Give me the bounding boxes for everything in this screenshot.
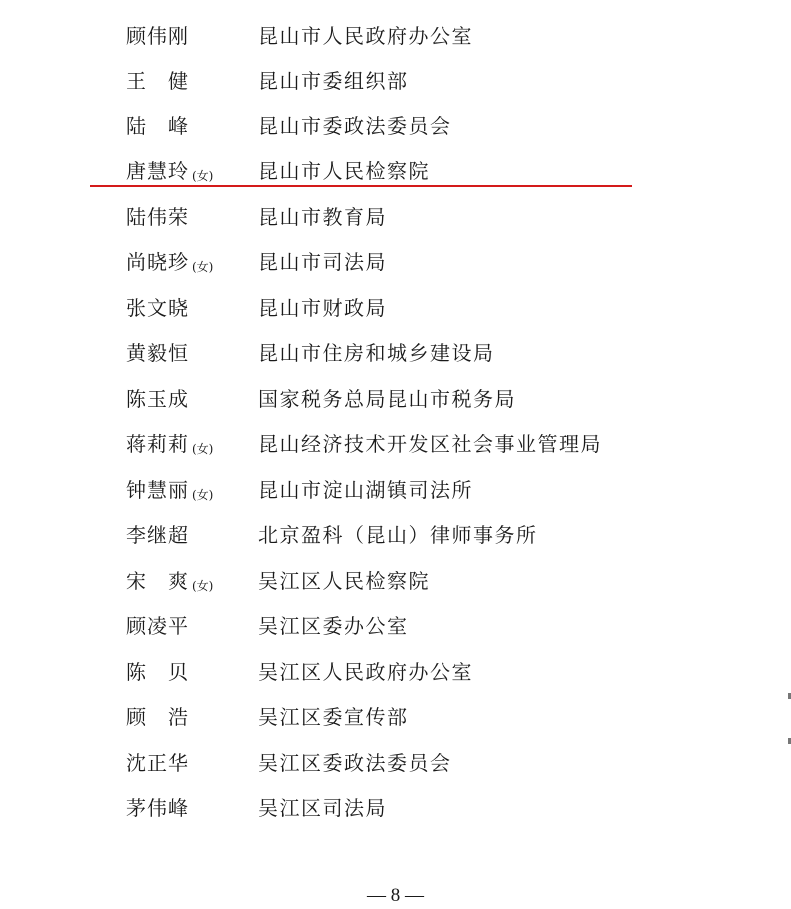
organization: 昆山市委组织部 bbox=[258, 66, 409, 96]
list-item: 尚晓珍(女) 昆山市司法局 bbox=[0, 247, 791, 277]
list-item: 顾凌平 吴江区委办公室 bbox=[0, 611, 791, 641]
female-mark: (女) bbox=[192, 169, 213, 183]
organization: 吴江区委办公室 bbox=[258, 611, 409, 641]
person-name: 茅伟峰 bbox=[126, 793, 189, 823]
organization: 昆山市财政局 bbox=[258, 293, 387, 323]
person-name: 王 健 bbox=[126, 66, 189, 96]
organization: 北京盈科（昆山）律师事务所 bbox=[258, 520, 538, 550]
person-name: 宋 爽(女) bbox=[126, 566, 213, 601]
female-mark: (女) bbox=[192, 579, 213, 593]
person-name: 顾伟刚 bbox=[126, 21, 189, 51]
organization: 昆山市教育局 bbox=[258, 202, 387, 232]
list-item: 陈 贝 吴江区人民政府办公室 bbox=[0, 657, 791, 687]
organization: 昆山经济技术开发区社会事业管理局 bbox=[258, 429, 602, 459]
list-item: 王 健 昆山市委组织部 bbox=[0, 66, 791, 96]
organization: 昆山市司法局 bbox=[258, 247, 387, 277]
organization: 昆山市委政法委员会 bbox=[258, 111, 452, 141]
person-name: 陈 贝 bbox=[126, 657, 189, 687]
list-item: 黄毅恒 昆山市住房和城乡建设局 bbox=[0, 338, 791, 368]
person-name: 陆 峰 bbox=[126, 111, 189, 141]
person-name: 蒋莉莉(女) bbox=[126, 429, 213, 464]
list-item: 钟慧丽(女) 昆山市淀山湖镇司法所 bbox=[0, 475, 791, 505]
list-item: 沈正华 吴江区委政法委员会 bbox=[0, 748, 791, 778]
person-name: 顾 浩 bbox=[126, 702, 189, 732]
person-name: 钟慧丽(女) bbox=[126, 475, 213, 510]
person-name: 黄毅恒 bbox=[126, 338, 189, 368]
person-name: 陈玉成 bbox=[126, 384, 189, 414]
list-item: 陈玉成 国家税务总局昆山市税务局 bbox=[0, 384, 791, 414]
list-item: 陆伟荣 昆山市教育局 bbox=[0, 202, 791, 232]
list-item: 顾 浩 吴江区委宣传部 bbox=[0, 702, 791, 732]
page-number: — 8 — bbox=[0, 884, 791, 908]
female-mark: (女) bbox=[192, 442, 213, 456]
female-mark: (女) bbox=[192, 260, 213, 274]
organization: 吴江区委政法委员会 bbox=[258, 748, 452, 778]
list-item: 宋 爽(女) 吴江区人民检察院 bbox=[0, 566, 791, 596]
red-underline-divider bbox=[90, 185, 632, 187]
list-item: 陆 峰 昆山市委政法委员会 bbox=[0, 111, 791, 141]
female-mark: (女) bbox=[192, 488, 213, 502]
person-name: 李继超 bbox=[126, 520, 189, 550]
person-name: 张文晓 bbox=[126, 293, 189, 323]
organization: 吴江区司法局 bbox=[258, 793, 387, 823]
person-name: 尚晓珍(女) bbox=[126, 247, 213, 282]
list-item: 茅伟峰 吴江区司法局 bbox=[0, 793, 791, 823]
organization: 昆山市淀山湖镇司法所 bbox=[258, 475, 473, 505]
organization: 吴江区人民检察院 bbox=[258, 566, 430, 596]
organization: 国家税务总局昆山市税务局 bbox=[258, 384, 516, 414]
person-name: 顾凌平 bbox=[126, 611, 189, 641]
person-name: 陆伟荣 bbox=[126, 202, 189, 232]
document-page: 顾伟刚 昆山市人民政府办公室 王 健 昆山市委组织部 陆 峰 昆山市委政法委员会… bbox=[0, 0, 791, 909]
organization: 吴江区人民政府办公室 bbox=[258, 657, 473, 687]
organization: 昆山市人民政府办公室 bbox=[258, 21, 473, 51]
organization: 昆山市住房和城乡建设局 bbox=[258, 338, 495, 368]
list-item: 李继超 北京盈科（昆山）律师事务所 bbox=[0, 520, 791, 550]
list-item: 唐慧玲(女) 昆山市人民检察院 bbox=[0, 156, 791, 186]
person-name: 沈正华 bbox=[126, 748, 189, 778]
list-item: 张文晓 昆山市财政局 bbox=[0, 293, 791, 323]
list-item: 蒋莉莉(女) 昆山经济技术开发区社会事业管理局 bbox=[0, 429, 791, 459]
organization: 昆山市人民检察院 bbox=[258, 156, 430, 186]
list-item: 顾伟刚 昆山市人民政府办公室 bbox=[0, 21, 791, 51]
organization: 吴江区委宣传部 bbox=[258, 702, 409, 732]
